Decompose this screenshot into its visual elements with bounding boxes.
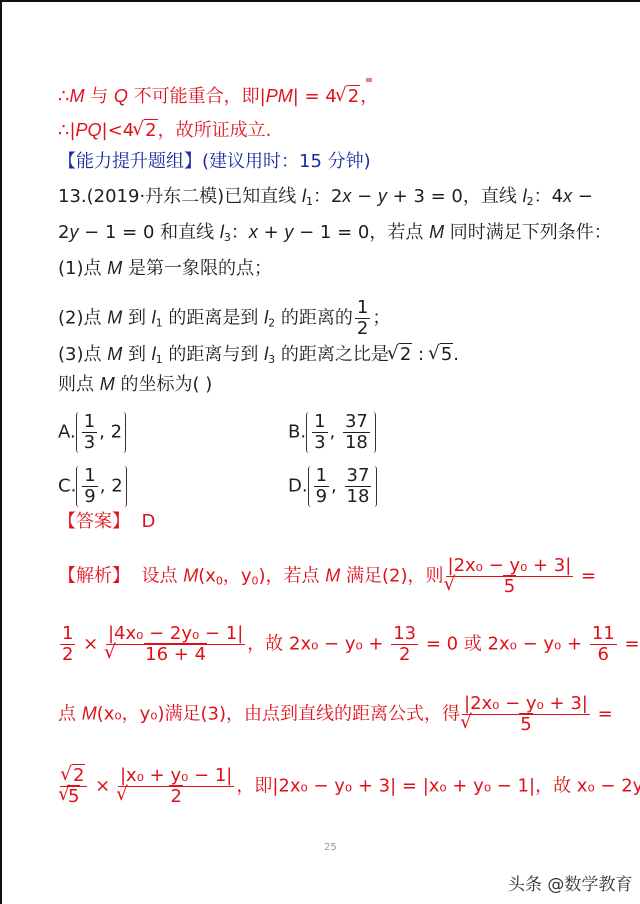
sqrt-expression: 5 <box>446 577 574 597</box>
sqrt-expression: 2 <box>337 85 360 109</box>
text: 的距离与到 <box>163 344 264 365</box>
var-y: y <box>378 186 387 206</box>
text: 点 <box>58 704 82 725</box>
denominator: 18 <box>345 487 372 507</box>
numerator: |x₀ + y₀ − 1| <box>118 766 234 787</box>
var-M: M <box>325 566 340 586</box>
text: − <box>572 186 593 207</box>
fraction: 116 <box>590 624 617 665</box>
page-border-top <box>0 0 640 2</box>
text: 是第一象限的点； <box>122 258 272 279</box>
coordinate: 19, 3718 <box>308 466 378 507</box>
fraction: 13 <box>82 412 97 453</box>
text: 的距离之比是 <box>275 344 389 365</box>
question-line-1: 13.(2019·丹东二模)已知直线 l1：2x − y + 3 = 0，直线 … <box>58 184 593 214</box>
radicand: 2 <box>144 119 157 141</box>
text: ，即|2x₀ − y₀ + 3| = |x₀ + y₀ − 1|，故 x₀ − … <box>236 776 640 797</box>
subscript: 2 <box>527 195 534 208</box>
var-M: M <box>429 222 444 242</box>
option-a[interactable]: A.13, 2 <box>58 412 126 453</box>
page-number: 25 <box>324 842 337 853</box>
var-PM: PM <box>266 86 293 106</box>
text: 满足(2)，则 <box>340 566 443 587</box>
text: 同时满足下列条件： <box>444 222 612 243</box>
text: |<4 <box>102 120 135 141</box>
radicand: 2 <box>169 785 182 807</box>
fraction: 12 <box>355 298 370 339</box>
numerator: 1 <box>82 412 97 433</box>
therefore-symbol: ∴| <box>58 120 76 141</box>
denominator: 3 <box>82 433 97 453</box>
radicand: 16 + 4 <box>144 643 207 665</box>
numerator: 13 <box>391 624 418 645</box>
numerator: 1 <box>60 624 75 645</box>
subscript: 1 <box>306 195 313 208</box>
text: | = 4 <box>293 86 337 107</box>
section-label: 【能力提升题组】 <box>58 151 202 172</box>
text: 已知直线 <box>224 186 302 207</box>
text: (x <box>198 566 216 587</box>
var-Q: Q <box>114 86 128 106</box>
times-symbol: × <box>89 776 116 797</box>
y-value: 2 <box>111 476 122 497</box>
var-M: M <box>107 308 122 328</box>
text: ，故 2x₀ − y₀ + <box>247 634 389 655</box>
radicand: 5 <box>67 785 80 807</box>
text: = 0，若 <box>619 634 640 655</box>
option-b[interactable]: B.13, 3718 <box>288 412 376 453</box>
proof-line-1: ∴M 与 Q 不可能重合，即|PM| = 42， <box>58 84 378 109</box>
text: 到 <box>122 344 151 365</box>
fraction: |x₀ + y₀ − 1|2 <box>118 766 234 807</box>
radicand: 5 <box>440 343 453 365</box>
section-header: 【能力提升题组】(建议用时：15 分钟) <box>58 150 371 174</box>
text: (3)点 <box>58 344 107 365</box>
text: + <box>258 222 285 243</box>
option-letter: A. <box>58 422 76 443</box>
denominator: 6 <box>590 645 617 665</box>
numerator: |4x₀ − 2y₀ − 1| <box>106 624 245 645</box>
radicand: 5 <box>503 575 516 597</box>
coordinate: 13, 2 <box>76 412 126 453</box>
numerator: 1 <box>314 466 329 487</box>
numerator: 37 <box>345 466 372 487</box>
condition-3: (3)点 M 到 l1 的距离与到 l3 的距离之比是2 : 5. <box>58 342 459 372</box>
subscript: 1 <box>156 353 163 366</box>
text: (2)点 <box>58 308 107 329</box>
var-PQ: PQ <box>76 120 102 140</box>
radicand: 2 <box>347 85 360 107</box>
text: ，故所证成立. <box>158 120 272 141</box>
text: − 1 = 0，若点 <box>293 222 429 243</box>
numerator: 37 <box>343 412 370 433</box>
analysis-line-3: 点 M(x₀，y₀)满足(3)，由点到直线的距离公式，得|2x₀ − y₀ + … <box>58 694 613 735</box>
radicand: 2 <box>399 343 412 365</box>
text: ，y <box>223 566 252 587</box>
text: ：2 <box>313 186 342 207</box>
radicand: 2 <box>72 764 85 786</box>
sqrt-expression: 16 + 4 <box>106 645 245 665</box>
numerator: 1 <box>82 466 97 487</box>
analysis-line-4: 25 × |x₀ + y₀ − 1|2，即|2x₀ − y₀ + 3| = |x… <box>58 766 640 807</box>
analysis-line-1: 【解析】 设点 M(x0，y0)，若点 M 满足(2)，则|2x₀ − y₀ +… <box>58 556 596 597</box>
text: 设点 <box>141 566 183 587</box>
fraction: |4x₀ − 2y₀ − 1|16 + 4 <box>106 624 245 665</box>
denominator: 2 <box>355 319 370 339</box>
subscript: 3 <box>224 231 231 244</box>
condition-1: (1)点 M 是第一象限的点； <box>58 256 272 281</box>
question-line-2: 2y − 1 = 0 和直线 l3：x + y − 1 = 0，若点 M 同时满… <box>58 220 612 250</box>
denominator: 9 <box>314 487 329 507</box>
text: 2 <box>58 222 69 243</box>
sqrt-expression: 2 <box>134 119 157 143</box>
text: . <box>453 344 459 365</box>
option-letter: B. <box>288 422 306 443</box>
radicand: 5 <box>519 713 532 735</box>
denominator: 2 <box>391 645 418 665</box>
times-symbol: × <box>77 634 104 655</box>
time-note: (建议用时：15 分钟) <box>202 151 371 172</box>
fraction: 19 <box>82 466 97 507</box>
fraction: 3718 <box>345 466 372 507</box>
fraction: 12 <box>60 624 75 665</box>
text: 则点 <box>58 374 100 395</box>
var-M: M <box>107 344 122 364</box>
numerator: 1 <box>312 412 327 433</box>
answer-value: D <box>141 511 155 532</box>
option-d[interactable]: D.19, 3718 <box>288 466 377 507</box>
answer-line: 【答案】 D <box>58 510 155 534</box>
numerator: 11 <box>590 624 617 645</box>
text: )，若点 <box>259 566 326 587</box>
fraction: |2x₀ − y₀ + 3|5 <box>446 556 574 597</box>
denominator: 3 <box>312 433 327 453</box>
subscript: 1 <box>156 317 163 330</box>
fraction: 19 <box>314 466 329 507</box>
text: 的距离的 <box>275 308 353 329</box>
text: ； <box>372 308 390 329</box>
var-M: M <box>183 566 198 586</box>
sqrt-expression: 5 <box>430 343 453 367</box>
var-x: x <box>563 186 572 206</box>
condition-2: (2)点 M 到 l1 的距离是到 l2 的距离的12； <box>58 298 390 339</box>
denominator: 18 <box>343 433 370 453</box>
question-number: 13.(2019·丹东二模) <box>58 186 224 207</box>
option-letter: D. <box>288 476 308 497</box>
text: 不可能重合，即| <box>128 86 266 107</box>
answer-label: 【答案】 <box>58 511 130 532</box>
annotation-mark <box>366 78 372 82</box>
fraction: 25 <box>60 766 87 807</box>
text: ： <box>231 222 249 243</box>
text: = <box>575 566 596 587</box>
coordinate: 13, 3718 <box>306 412 376 453</box>
fraction: |2x₀ − y₀ + 3|5 <box>462 694 590 735</box>
var-x: x <box>249 222 258 242</box>
sqrt-expression: 2 <box>389 343 412 367</box>
text: ， <box>360 86 378 107</box>
fraction: 13 <box>312 412 327 453</box>
numerator: |2x₀ − y₀ + 3| <box>446 556 574 577</box>
text: 的距离是到 <box>163 308 264 329</box>
option-letter: C. <box>58 476 76 497</box>
fraction: 132 <box>391 624 418 665</box>
text: (x₀，y₀)满足(3)，由点到直线的距离公式，得 <box>97 704 460 725</box>
option-c[interactable]: C.19, 2 <box>58 466 127 507</box>
text: − 1 = 0 和直线 <box>78 222 219 243</box>
numerator: |2x₀ − y₀ + 3| <box>462 694 590 715</box>
watermark: 头条 @数学教育 <box>508 870 632 895</box>
coordinate: 19, 2 <box>76 466 126 507</box>
analysis-line-2: 12 × |4x₀ − 2y₀ − 1|16 + 4，故 2x₀ − y₀ + … <box>58 624 640 665</box>
y-value: 2 <box>111 422 122 443</box>
therefore-symbol: ∴ <box>58 86 69 107</box>
denominator: 2 <box>60 645 75 665</box>
proof-line-2: ∴|PQ|<42，故所证成立. <box>58 118 271 143</box>
numerator: 1 <box>355 298 370 319</box>
denominator: 9 <box>82 487 97 507</box>
text: = 0 或 2x₀ − y₀ + <box>420 634 588 655</box>
sqrt-expression: 5 <box>462 715 590 735</box>
text: 到 <box>122 308 151 329</box>
var-M: M <box>82 704 97 724</box>
var-M: M <box>69 86 84 106</box>
text: ：4 <box>534 186 563 207</box>
text: 的坐标为( ) <box>115 374 213 395</box>
var-M: M <box>107 258 122 278</box>
sqrt-expression: 2 <box>118 787 234 807</box>
fraction: 3718 <box>343 412 370 453</box>
text: 与 <box>84 86 113 107</box>
text: (1)点 <box>58 258 107 279</box>
text: − <box>351 186 378 207</box>
analysis-label: 【解析】 <box>58 566 130 587</box>
sqrt-expression: 5 <box>60 787 87 807</box>
var-M: M <box>100 374 115 394</box>
question-ask: 则点 M 的坐标为( ) <box>58 372 212 397</box>
page-border-left <box>0 0 2 904</box>
text: = <box>592 704 613 725</box>
text: + 3 = 0，直线 <box>387 186 523 207</box>
